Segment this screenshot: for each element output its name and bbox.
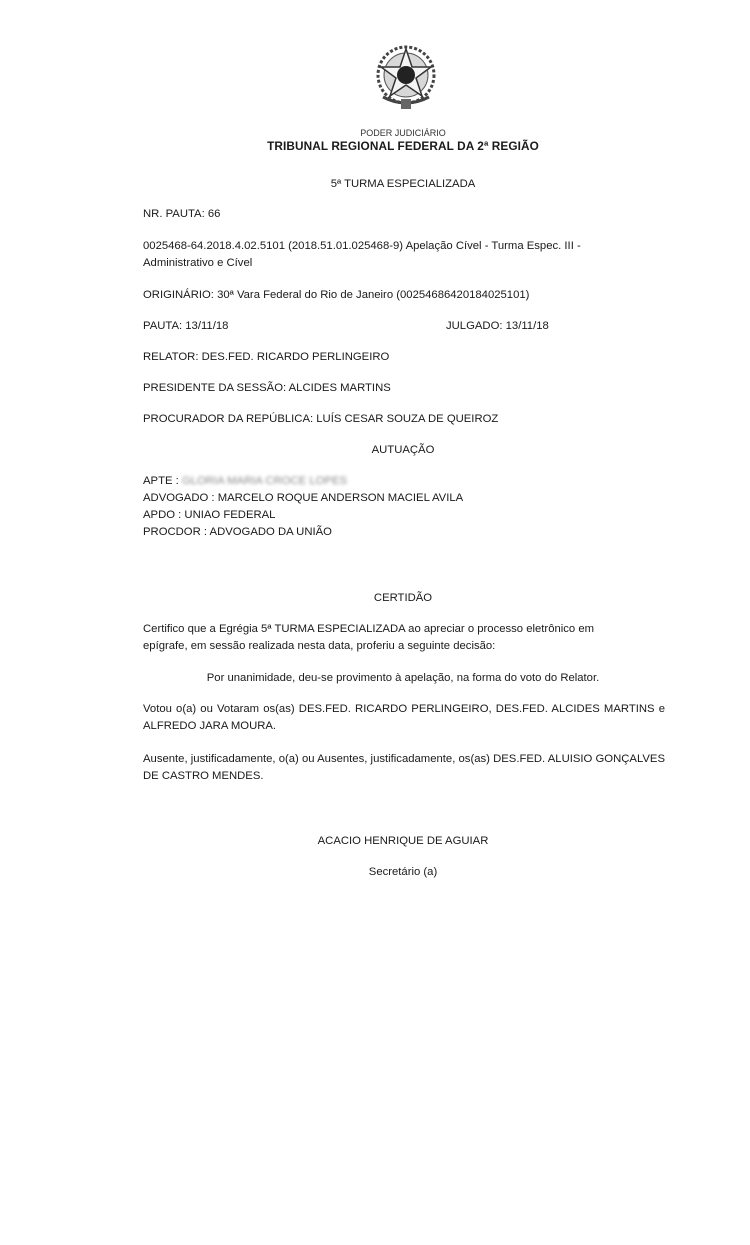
apte-label: APTE : [143,475,182,487]
votou-paragraph: Votou o(a) ou Votaram os(as) DES.FED. RI… [143,701,665,734]
relator: RELATOR: DES.FED. RICARDO PERLINGEIRO [143,349,389,366]
julgado-date: JULGADO: 13/11/18 [446,318,549,335]
advogado-line: ADVOGADO : MARCELO ROQUE ANDERSON MACIEL… [143,490,463,507]
certidao-title: CERTIDÃO [0,590,750,607]
autuacao-title: AUTUAÇÃO [0,442,750,459]
poder-judiciario-label: PODER JUDICIÁRIO [0,128,750,138]
pauta-date: PAUTA: 13/11/18 [143,318,228,335]
signatory-role: Secretário (a) [0,864,750,881]
procurador-republica: PROCURADOR DA REPÚBLICA: LUÍS CESAR SOUZ… [143,411,498,428]
apte-redacted-name: GLORIA MARIA CROCE LOPES [182,473,347,490]
brazil-coat-of-arms-icon [373,43,439,115]
tribunal-title: TRIBUNAL REGIONAL FEDERAL DA 2ª REGIÃO [0,139,750,153]
procdor-line: PROCDOR : ADVOGADO DA UNIÃO [143,524,332,541]
turma-title: 5ª TURMA ESPECIALIZADA [0,176,750,193]
nr-pauta: NR. PAUTA: 66 [143,206,220,223]
presidente-sessao: PRESIDENTE DA SESSÃO: ALCIDES MARTINS [143,380,391,397]
processo-line-2: Administrativo e Cível [143,255,252,272]
certidao-paragraph: Certifico que a Egrégia 5ª TURMA ESPECIA… [143,621,623,654]
apte-line: APTE : GLORIA MARIA CROCE LOPES [143,473,347,490]
processo-line-1: 0025468-64.2018.4.02.5101 (2018.51.01.02… [143,238,581,255]
signatory-name: ACACIO HENRIQUE DE AGUIAR [0,833,750,850]
apdo-line: APDO : UNIAO FEDERAL [143,507,275,524]
originario: ORIGINÁRIO: 30ª Vara Federal do Rio de J… [143,287,529,304]
decisao-text: Por unanimidade, deu-se provimento à ape… [0,670,750,687]
ausente-paragraph: Ausente, justificadamente, o(a) ou Ausen… [143,751,665,784]
